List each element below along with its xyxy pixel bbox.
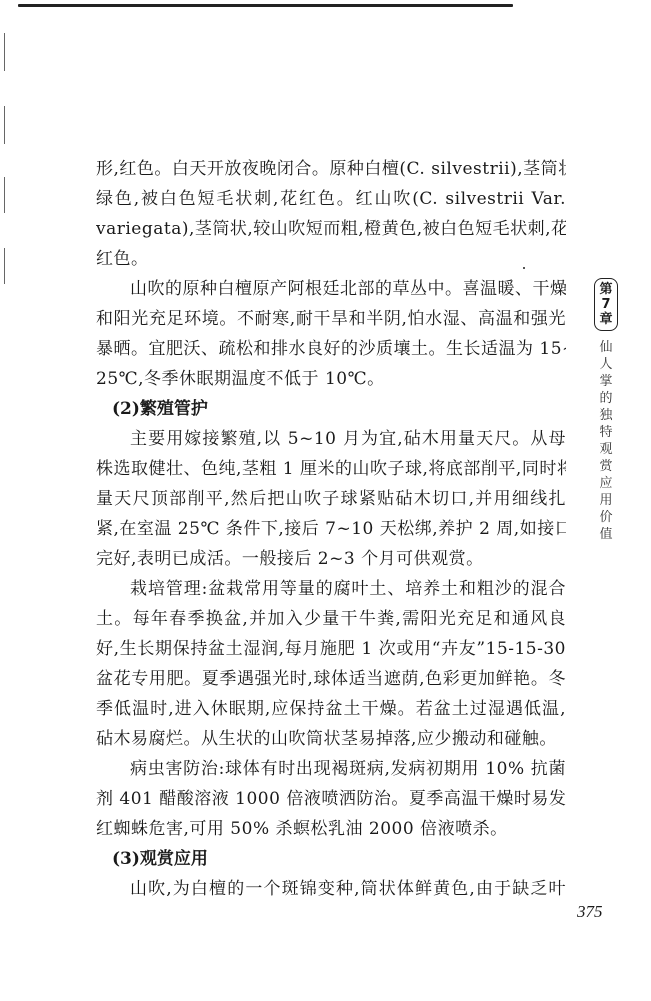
title-char: 应 xyxy=(599,475,612,492)
text-line: 量天尺顶部削平,然后把山吹子球紧贴砧木切口,并用细线扎 xyxy=(96,484,566,514)
section-heading-ornamental-use: (3)观赏应用 xyxy=(96,844,566,874)
paragraph-cultivation: 栽培管理:盆栽常用等量的腐叶土、培养土和粗沙的混合 土。每年春季换盆,并加入少量… xyxy=(96,574,566,754)
text-line: 绿色,被白色短毛状刺,花红色。红山吹(C. silvestrii Var. xyxy=(96,184,566,214)
chapter-char: 第 xyxy=(599,282,612,297)
paragraph-habitat: 山吹的原种白檀原产阿根廷北部的草丛中。喜温暖、干燥 和阳光充足环境。不耐寒,耐干… xyxy=(96,274,566,394)
margin-mark xyxy=(4,177,5,213)
text-line: 砧木易腐烂。从生状的山吹筒状茎易掉落,应少搬动和碰触。 xyxy=(96,724,566,754)
text-line: 山吹,为白檀的一个斑锦变种,筒状体鲜黄色,由于缺乏叶 xyxy=(96,874,566,904)
text-line: 红色。 xyxy=(96,244,566,274)
margin-mark xyxy=(4,106,5,144)
title-char: 特 xyxy=(599,424,612,441)
text-line: 形,红色。白天开放夜晚闭合。原种白檀(C. silvestrii),茎筒状, xyxy=(96,154,566,184)
paragraph-pest-control: 病虫害防治:球体有时出现褐斑病,发病初期用 10% 抗菌 剂 401 醋酸溶液 … xyxy=(96,754,566,844)
title-char: 的 xyxy=(599,390,612,407)
title-char: 用 xyxy=(599,492,612,509)
text-line: 暴晒。宜肥沃、疏松和排水良好的沙质壤土。生长适温为 15~ xyxy=(96,334,566,364)
title-char: 独 xyxy=(599,407,612,424)
text-line: 盆花专用肥。夏季遇强光时,球体适当遮荫,色彩更加鲜艳。冬 xyxy=(96,664,566,694)
paragraph-species-description: 形,红色。白天开放夜晚闭合。原种白檀(C. silvestrii),茎筒状, 绿… xyxy=(96,154,566,274)
page-number: 375 xyxy=(577,902,603,922)
title-char: 价 xyxy=(599,509,612,526)
body-text: 形,红色。白天开放夜晚闭合。原种白檀(C. silvestrii),茎筒状, 绿… xyxy=(96,154,566,904)
text-line: 红蜘蛛危害,可用 50% 杀螟松乳油 2000 倍液喷杀。 xyxy=(96,814,566,844)
chapter-char: 7 xyxy=(601,297,610,312)
text-line: 25℃,冬季休眠期温度不低于 10℃。 xyxy=(96,364,566,394)
title-char: 人 xyxy=(599,356,612,373)
text-line: 季低温时,进入休眠期,应保持盆土干燥。若盆土过湿遇低温, xyxy=(96,694,566,724)
text-line: 病虫害防治:球体有时出现褐斑病,发病初期用 10% 抗菌 xyxy=(96,754,566,784)
text-line: 剂 401 醋酸溶液 1000 倍液喷洒防治。夏季高温干燥时易发生 xyxy=(96,784,566,814)
paragraph-ornamental: 山吹,为白檀的一个斑锦变种,筒状体鲜黄色,由于缺乏叶 xyxy=(96,874,566,904)
text-line: 山吹的原种白檀原产阿根廷北部的草丛中。喜温暖、干燥 xyxy=(96,274,566,304)
section-heading-propagation: (2)繁殖管护 xyxy=(96,394,566,424)
text-line: 紧,在室温 25℃ 条件下,接后 7~10 天松绑,养护 2 周,如接口 xyxy=(96,514,566,544)
chapter-char: 章 xyxy=(599,312,612,327)
text-line: variegata),茎筒状,较山吹短而粗,橙黄色,被白色短毛状刺,花 xyxy=(96,214,566,244)
title-char: 赏 xyxy=(599,458,612,475)
text-line: 株选取健壮、色纯,茎粗 1 厘米的山吹子球,将底部削平,同时将 xyxy=(96,454,566,484)
text-line: 和阳光充足环境。不耐寒,耐干旱和半阴,怕水湿、高温和强光 xyxy=(96,304,566,334)
text-line: 主要用嫁接繁殖,以 5~10 月为宜,砧木用量天尺。从母 xyxy=(96,424,566,454)
text-line: 好,生长期保持盆土湿润,每月施肥 1 次或用“卉友”15-15-30 xyxy=(96,634,566,664)
text-line: 完好,表明已成活。一般接后 2~3 个月可供观赏。 xyxy=(96,544,566,574)
text-line: 栽培管理:盆栽常用等量的腐叶土、培养土和粗沙的混合 xyxy=(96,574,566,604)
chapter-title-vertical: 仙 人 掌 的 独 特 观 赏 应 用 价 值 xyxy=(599,339,612,543)
title-char: 掌 xyxy=(599,373,612,390)
chapter-side-tab: 第 7 章 仙 人 掌 的 独 特 观 赏 应 用 价 值 xyxy=(593,278,619,543)
title-char: 观 xyxy=(599,441,612,458)
text-line: 土。每年春季换盆,并加入少量干牛粪,需阳光充足和通风良 xyxy=(96,604,566,634)
scan-top-edge-rule xyxy=(18,4,513,7)
title-char: 仙 xyxy=(599,339,612,356)
title-char: 值 xyxy=(599,526,612,543)
margin-mark xyxy=(4,33,5,71)
margin-mark xyxy=(4,248,5,284)
paragraph-grafting: 主要用嫁接繁殖,以 5~10 月为宜,砧木用量天尺。从母 株选取健壮、色纯,茎粗… xyxy=(96,424,566,574)
chapter-label: 第 7 章 xyxy=(594,278,618,331)
